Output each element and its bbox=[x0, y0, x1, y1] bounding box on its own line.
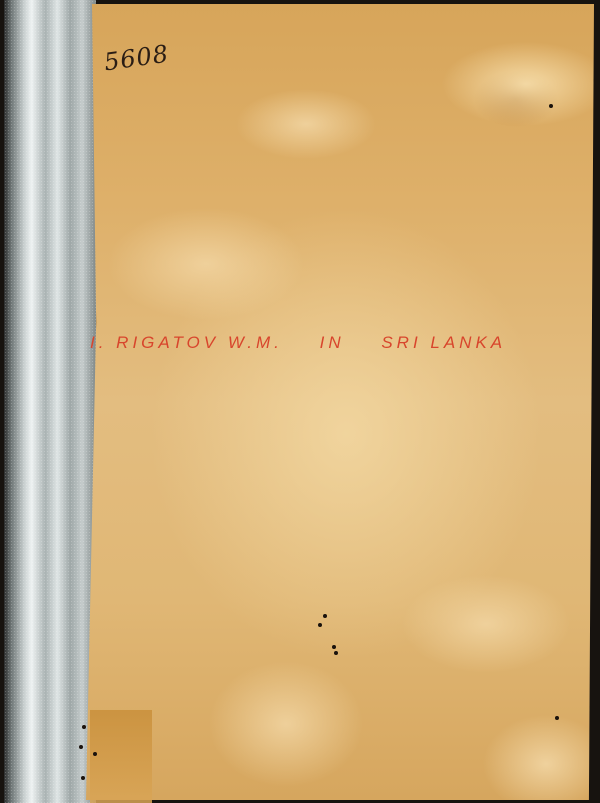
staple-hole bbox=[82, 725, 86, 729]
handwritten-title: I. RIGATOV W.M. IN SRI LANKA bbox=[90, 333, 534, 353]
staple-hole bbox=[318, 623, 322, 627]
scanned-book-cover: 5608 I. RIGATOV W.M. IN SRI LANKA bbox=[0, 0, 600, 803]
repair-patch bbox=[90, 710, 152, 803]
staple-hole bbox=[555, 716, 559, 720]
staple-hole bbox=[334, 651, 338, 655]
staple-hole bbox=[79, 745, 83, 749]
spine-tape bbox=[4, 0, 96, 803]
staple-hole bbox=[93, 752, 97, 756]
staple-hole bbox=[549, 104, 553, 108]
title-place: SRI LANKA bbox=[381, 333, 506, 352]
staple-hole bbox=[323, 614, 327, 618]
title-author: I. RIGATOV W.M. bbox=[90, 333, 283, 352]
staple-hole bbox=[81, 776, 85, 780]
staple-hole bbox=[332, 645, 336, 649]
cover-board bbox=[86, 4, 594, 800]
title-connector: IN bbox=[320, 333, 345, 352]
